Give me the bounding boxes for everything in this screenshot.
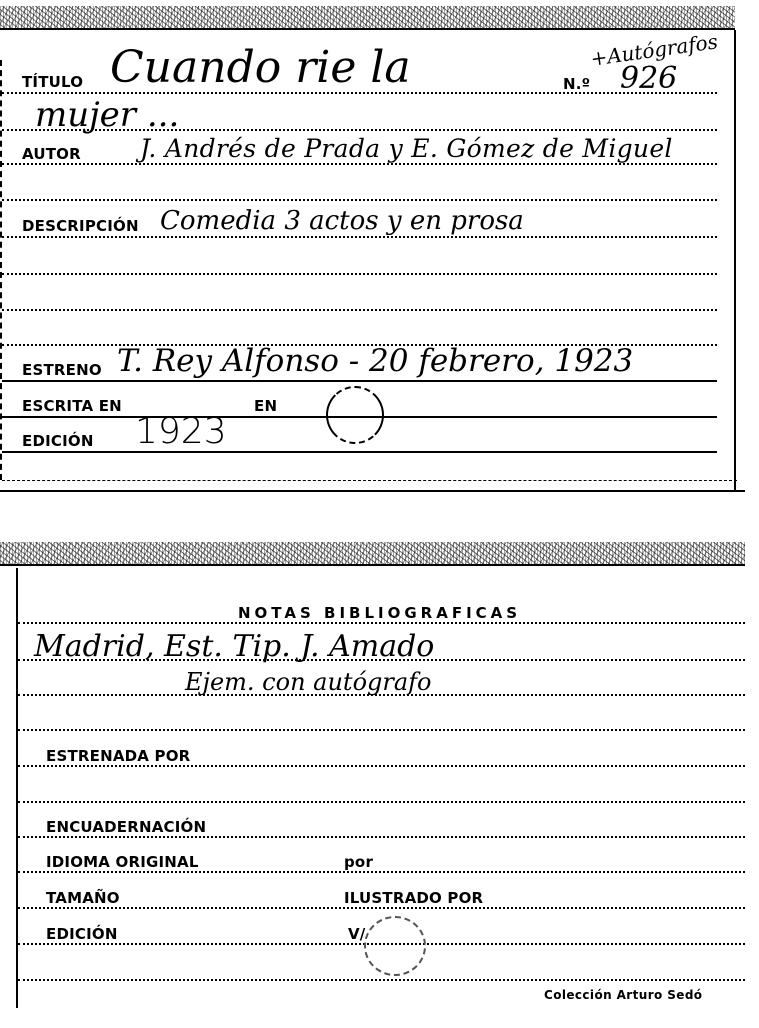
rule-autor bbox=[2, 163, 717, 165]
rule-notas-3 bbox=[18, 729, 745, 731]
por-label: por bbox=[344, 855, 373, 870]
rule-blank-1 bbox=[2, 199, 717, 201]
stamp-circle-front bbox=[326, 386, 384, 444]
rule-estrenada-por bbox=[18, 765, 745, 767]
titulo-value-continued: mujer ... bbox=[35, 98, 179, 132]
rule-blank-back-1 bbox=[18, 801, 745, 803]
notas-line-1: Madrid, Est. Tip. J. Amado bbox=[34, 632, 434, 662]
descripcion-label: DESCRIPCIÓN bbox=[22, 219, 139, 234]
rule-bottom-faint bbox=[2, 480, 737, 481]
tamano-label: TAMAÑO bbox=[46, 891, 120, 906]
estreno-value: T. Rey Alfonso - 20 febrero, 1923 bbox=[117, 346, 633, 377]
rule-edicion bbox=[2, 451, 717, 453]
encuadernacion-label: ENCUADERNACIÓN bbox=[46, 820, 206, 835]
edicion-label: EDICIÓN bbox=[22, 434, 94, 449]
rule-descripcion bbox=[2, 236, 717, 238]
rule-bottom-back bbox=[18, 979, 745, 981]
rule-idioma bbox=[18, 871, 745, 873]
en-label: EN bbox=[254, 399, 277, 414]
descripcion-value: Comedia 3 actos y en prosa bbox=[160, 208, 524, 234]
titulo-value: Cuando rie la bbox=[110, 46, 411, 90]
rule-encuadernacion bbox=[18, 836, 745, 838]
notas-line-2: Ejem. con autógrafo bbox=[185, 670, 432, 694]
card-front-torn-edge bbox=[0, 6, 735, 30]
card-back-left-border bbox=[16, 568, 18, 1008]
estreno-label: ESTRENO bbox=[22, 363, 102, 378]
card-front-right-border bbox=[734, 30, 736, 492]
rule-blank-3 bbox=[2, 309, 717, 311]
edicion-back-label: EDICIÓN bbox=[46, 927, 118, 942]
notas-heading: NOTAS BIBLIOGRAFICAS bbox=[238, 606, 521, 621]
numero-label: N.º bbox=[563, 77, 590, 92]
estrenada-por-label: ESTRENADA POR bbox=[46, 749, 190, 764]
stamp-circle-back bbox=[364, 916, 426, 976]
rule-tamano bbox=[18, 907, 745, 909]
edicion-value: 1923 bbox=[135, 414, 227, 450]
card-back-torn-edge bbox=[0, 542, 745, 566]
autor-label: AUTOR bbox=[22, 147, 81, 162]
card-front-bottom-edge bbox=[0, 490, 745, 492]
rule-notas-heading bbox=[18, 622, 745, 624]
rule-estreno bbox=[2, 380, 717, 382]
v-label: V/ bbox=[348, 927, 366, 942]
rule-blank-2 bbox=[2, 273, 717, 275]
numero-value: 926 bbox=[620, 64, 677, 94]
collection-credit: Colección Arturo Sedó bbox=[544, 988, 702, 1002]
titulo-label: TÍTULO bbox=[22, 75, 83, 90]
escrita-en-label: ESCRITA EN bbox=[22, 399, 122, 414]
idioma-original-label: IDIOMA ORIGINAL bbox=[46, 855, 199, 870]
autor-value: J. Andrés de Prada y E. Gómez de Miguel bbox=[140, 136, 673, 161]
ilustrado-por-label: ILUSTRADO POR bbox=[344, 891, 483, 906]
